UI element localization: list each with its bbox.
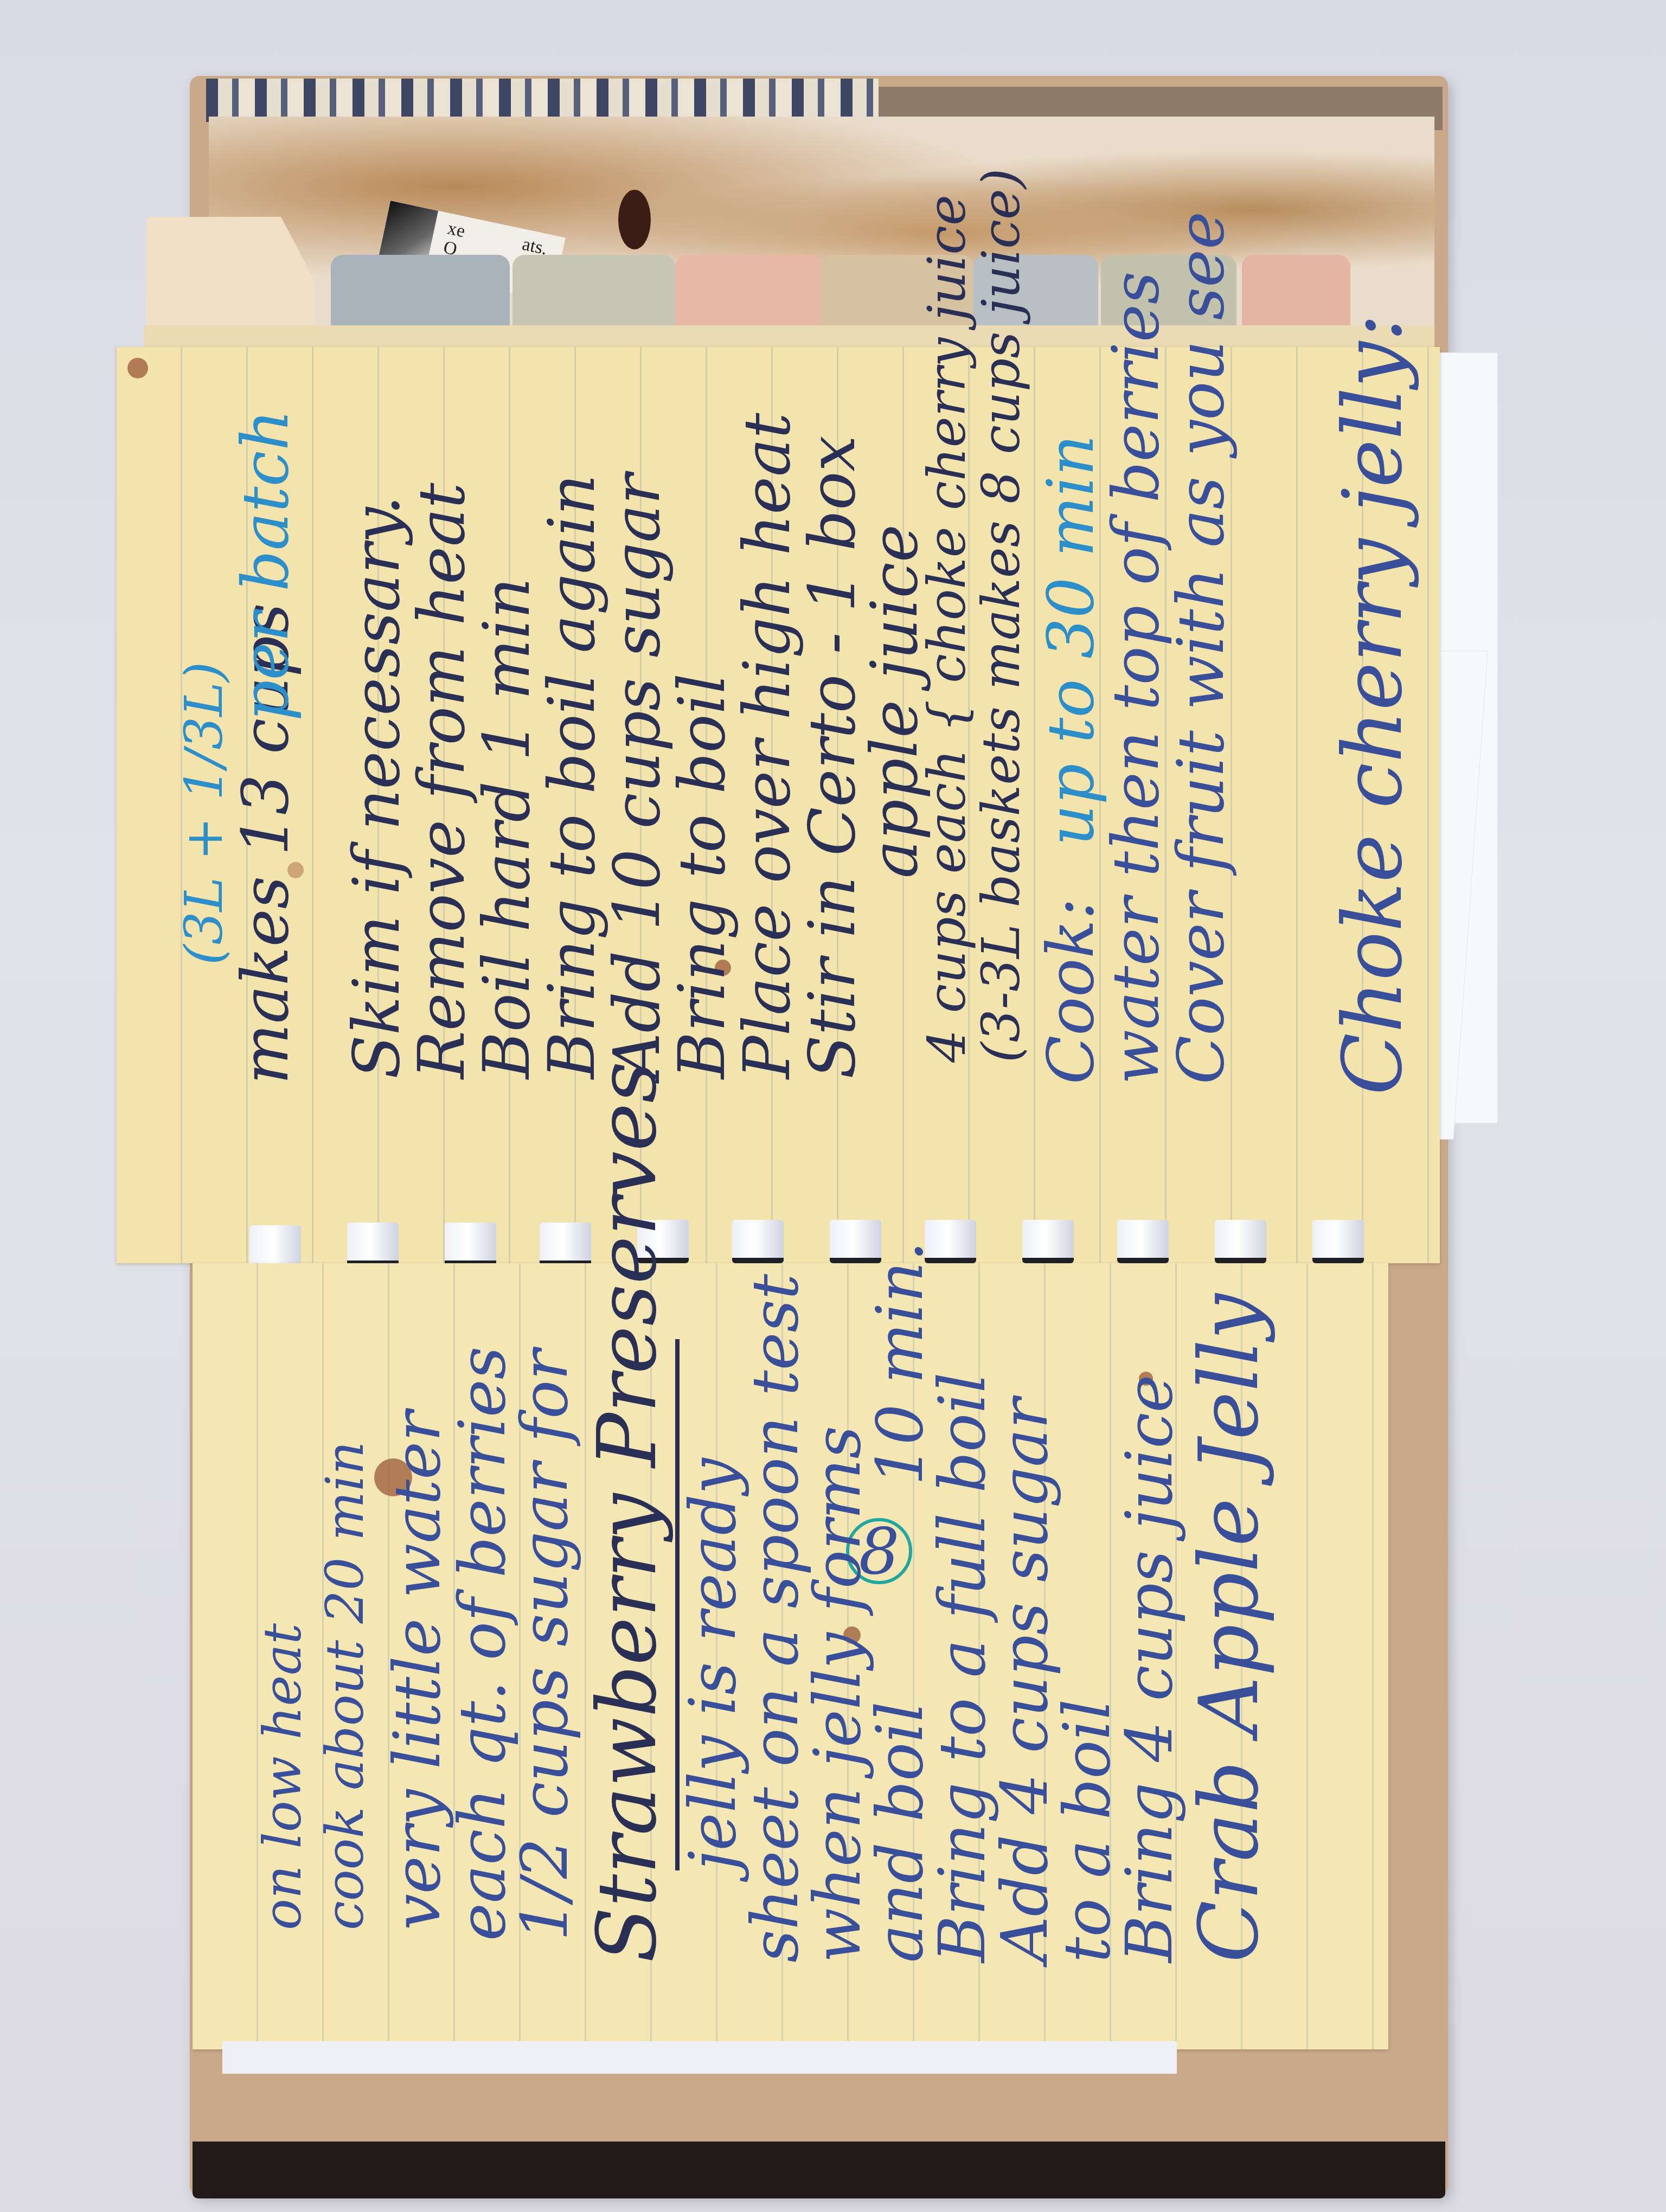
recipe-line: jelly is ready: [675, 1458, 750, 1870]
underlying-sheet: [222, 2041, 1177, 2074]
recipe-line: water then top of berries: [1098, 272, 1173, 1084]
recipe-line: Bring to boil: [664, 673, 739, 1079]
divider-tab-2[interactable]: [512, 255, 675, 331]
recipe-line: on low heat: [252, 1623, 313, 1930]
recipe-line: (3-3L baskets makes 8 cups juice): [971, 169, 1031, 1063]
divider-tab-3[interactable]: [675, 255, 822, 331]
recipe-line: Stir in Certo - 1 box: [794, 435, 869, 1079]
divider-tab-1[interactable]: [331, 255, 510, 331]
recipe-line: Boil hard 1 min: [469, 577, 544, 1079]
spiral-ring: [1215, 1220, 1266, 1263]
spiral-ring: [1117, 1220, 1169, 1263]
recipe-line: Cover fruit with as you see: [1163, 211, 1238, 1084]
spiral-ring: [732, 1220, 784, 1263]
cook-time-note: up to 30 min: [1033, 435, 1108, 846]
recipe-line: Skim if necessary.: [339, 495, 414, 1079]
recipe-title-strawberry: Strawberry Preserves: [580, 1061, 675, 1963]
recipe-line: cook about 20 min: [315, 1441, 375, 1930]
spiral-ring: [249, 1225, 301, 1269]
recipe-line: Remove from heat: [404, 483, 479, 1079]
recipe-line: each qt. of berries: [445, 1347, 520, 1941]
cover-bottom-edge: [193, 2142, 1445, 2198]
recipe-divider-line: [675, 1339, 680, 1870]
recipe-line: Cook:: [1033, 898, 1108, 1084]
spiral-ring: [1022, 1220, 1074, 1263]
ink-stain: [618, 190, 651, 249]
spiral-ring: [347, 1223, 399, 1266]
spiral-ring: [445, 1223, 496, 1266]
yield-volume-note: (3L + 1/3L): [174, 662, 234, 965]
stain: [127, 358, 148, 378]
cover-striped-edge: [206, 79, 879, 122]
recipe-line: Bring to boil again: [534, 474, 609, 1079]
spiral-ring: [1312, 1220, 1364, 1263]
recipe-line: Add 10 cups sugar: [599, 474, 674, 1079]
recipe-line: Place over high heat: [729, 413, 804, 1079]
recipe-title-crabapple: Crab Apple Jelly: [1182, 1294, 1277, 1963]
recipe-title-chokecherry: Choke cherry jelly:: [1326, 314, 1420, 1095]
recipe-line: very little water: [380, 1411, 454, 1930]
yield-annotation: per batch: [228, 409, 303, 721]
